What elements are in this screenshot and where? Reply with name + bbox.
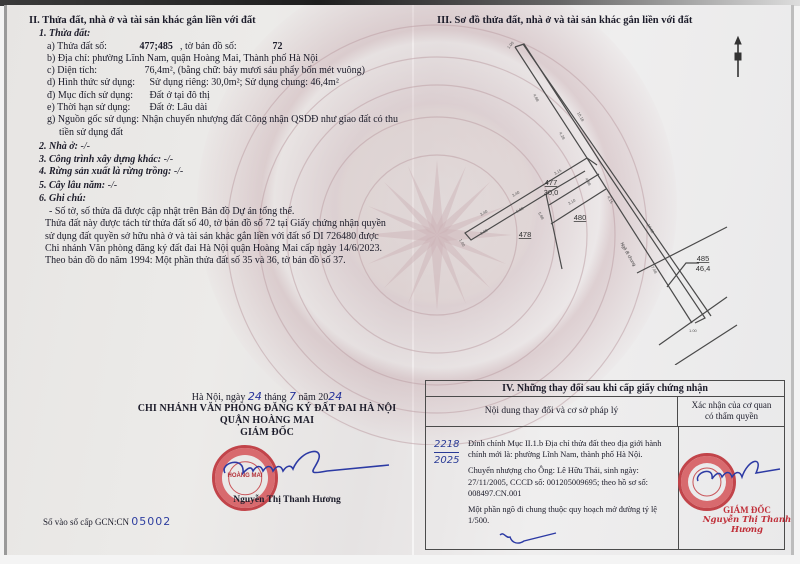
map-sheet-value: 72 xyxy=(273,41,283,53)
forest-row: 4. Rừng sản xuất là rừng trồng: -/- xyxy=(29,166,409,179)
section-2-heading: II. Thửa đất, nhà ở và tài sản khác gắn … xyxy=(29,15,409,26)
col-confirm-header: Xác nhận của cơ quan có thẩm quyền xyxy=(678,397,785,426)
issue-date: Hà Nội, ngày 24 tháng 7 năm 2024 xyxy=(117,390,417,403)
other-construction-row: 3. Công trình xây dựng khác: -/- xyxy=(29,154,409,167)
parcel-477-id: 477 xyxy=(545,178,558,187)
entry-paragraph: Một phần ngõ đi chung thuộc quy hoạch mở… xyxy=(468,504,676,526)
land-heading: 1. Thửa đất: xyxy=(29,28,409,41)
parcel-480-id: 480 xyxy=(574,213,587,222)
parcel-478-id: 478 xyxy=(519,230,532,239)
dim-label: 3.15 xyxy=(553,167,563,176)
house-row: 2. Nhà ở: -/- xyxy=(29,141,409,154)
perennial-label: 5. Cây lâu năm: xyxy=(39,180,105,191)
col-confirm-line1: Xác nhận của cơ quan xyxy=(678,400,785,411)
changes-table: IV. Những thay đổi sau khi cấp giấy chứn… xyxy=(425,380,785,550)
registry-number: Số vào sổ cấp GCN:CN 05002 xyxy=(43,515,171,528)
date-month: 7 xyxy=(289,390,296,403)
entry-content: Đính chính Mục II.1.b Địa chỉ thửa đất t… xyxy=(468,438,676,531)
registry-label: Số vào sổ cấp GCN:CN xyxy=(43,517,129,527)
house-value: -/- xyxy=(80,141,89,152)
dim-label: 7.48 xyxy=(650,265,659,275)
dim-label: 3.40 xyxy=(511,189,521,198)
perennial-value: -/- xyxy=(108,180,117,191)
origin-label: g) Nguồn gốc sử dụng: xyxy=(47,114,139,126)
dim-label: 3.40 xyxy=(479,208,489,217)
signature-scribble-icon xyxy=(217,445,397,495)
address-value: phường Lĩnh Nam, quận Hoàng Mai, Thành p… xyxy=(92,53,318,65)
dim-label: 1.00 xyxy=(506,40,515,50)
usage-form-label: d) Hình thức sử dụng: xyxy=(47,77,147,89)
dim-label: 4.88 xyxy=(532,93,541,103)
date-month-label: tháng xyxy=(264,392,286,403)
origin-row: g) Nguồn gốc sử dụng: Nhận chuyển nhượng… xyxy=(29,114,409,126)
usage-form-value: Sử dụng riêng: 30,0m²; Sử dụng chung: 46… xyxy=(150,77,339,89)
col-content-header: Nội dung thay đổi và cơ sở pháp lý xyxy=(426,397,678,426)
date-prefix: Hà Nội, ngày xyxy=(192,392,246,403)
address-row: b) Địa chỉ: phường Lĩnh Nam, quận Hoàng … xyxy=(29,53,409,65)
parcel-485-id: 485 xyxy=(697,254,710,263)
term-value: Đất ở: Lâu dài xyxy=(150,102,208,114)
changes-table-header: Nội dung thay đổi và cơ sở pháp lý Xác n… xyxy=(426,397,784,427)
parcel-number-label: a) Thửa đất số: xyxy=(47,41,137,53)
term-label: e) Thời hạn sử dụng: xyxy=(47,102,147,114)
confirm-name: Nguyễn Thị Thanh Hương xyxy=(702,515,792,535)
purpose-row: đ) Mục đích sử dụng: Đất ở tại đô thị xyxy=(29,90,409,102)
usage-form-row: d) Hình thức sử dụng: Sử dụng riêng: 30,… xyxy=(29,77,409,89)
forest-label: 4. Rừng sản xuất là rừng trồng: xyxy=(39,166,171,177)
area-row: c) Diện tích: 76,4m², (bằng chữ: bảy mươ… xyxy=(29,65,409,77)
note-line: - Số tờ, số thửa đã được cập nhật trên B… xyxy=(45,206,389,218)
parcel-number-row: a) Thửa đất số: 477;485 , tờ bản đồ số: … xyxy=(29,41,409,53)
note-line: Theo bản đồ đo năm 1994: Một phần thửa đ… xyxy=(45,255,389,267)
date-year-label: năm 20 xyxy=(299,392,329,403)
map-sheet-label: , tờ bản đồ số: xyxy=(180,41,270,53)
dim-label: 5.88 xyxy=(537,211,546,221)
parcel-number-value: 477;485 xyxy=(140,41,178,53)
confirm-signer: GIÁM ĐỐC Nguyễn Thị Thanh Hương xyxy=(702,505,792,535)
entry-number: 2218 2025 xyxy=(434,439,459,466)
entry-year-value: 2025 xyxy=(434,452,459,466)
dim-label: 4.28 xyxy=(558,131,567,141)
dim-label: 3.10 xyxy=(567,197,577,206)
entry-number-value: 2218 xyxy=(434,439,459,450)
date-day: 24 xyxy=(248,390,262,403)
issuer-org-line1: CHI NHÁNH VĂN PHÒNG ĐĂNG KÝ ĐẤT ĐAI HÀ N… xyxy=(117,403,417,415)
registry-value: 05002 xyxy=(131,515,171,528)
issuer-role: GIÁM ĐỐC xyxy=(117,427,417,439)
notes-label: 6. Ghi chú: xyxy=(29,193,409,206)
section-land-info: II. Thửa đất, nhà ở và tài sản khác gắn … xyxy=(29,15,409,267)
address-label: b) Địa chỉ: xyxy=(47,53,90,65)
dim-label: 1.00 xyxy=(689,328,698,333)
area-label: c) Diện tích: xyxy=(47,65,142,77)
issuer-signature-block: Hà Nội, ngày 24 tháng 7 năm 2024 CHI NHÁ… xyxy=(117,390,417,439)
term-row: e) Thời hạn sử dụng: Đất ở: Lâu dài xyxy=(29,102,409,114)
date-year: 24 xyxy=(328,390,342,403)
site-plan-map: 1.00 4.88 4.28 10.18 3.15 3.40 3.40 1.00… xyxy=(437,35,794,365)
house-label: 2. Nhà ở: xyxy=(39,141,78,152)
parcel-477-area: 30,0 xyxy=(544,188,559,197)
dim-label: 4.15 xyxy=(606,195,615,205)
origin-row-cont: tiền sử dụng đất xyxy=(29,127,409,139)
purpose-label: đ) Mục đích sử dụng: xyxy=(47,90,147,102)
issuer-org-line2: QUẬN HOÀNG MAI xyxy=(117,415,417,427)
perennial-row: 5. Cây lâu năm: -/- xyxy=(29,180,409,193)
section-4-heading: IV. Những thay đổi sau khi cấp giấy chứn… xyxy=(426,381,784,397)
area-value: 76,4m², (bằng chữ: bảy mươi sáu phẩy bốn… xyxy=(145,65,365,77)
note-line: Thửa đất này được tách từ thửa đất số 40… xyxy=(45,218,389,230)
entry-paragraph: Chuyển nhượng cho Ông: Lê Hữu Thái, sinh… xyxy=(468,465,676,499)
dim-label: 3.88 xyxy=(479,227,489,236)
note-line: sử dụng đất quyền sở hữu nhà ở và tài sả… xyxy=(45,231,389,243)
col-confirm-line2: có thẩm quyền xyxy=(678,411,785,422)
purpose-value: Đất ở tại đô thị xyxy=(150,90,210,102)
road-label: Ngõ đi chung xyxy=(620,242,638,268)
note-line: Chi nhánh Văn phòng đăng ký đất đai Hà N… xyxy=(45,243,389,255)
dim-label: 10.18 xyxy=(576,111,586,123)
section-3-heading: III. Sơ đồ thửa đất, nhà ở và tài sản kh… xyxy=(437,15,794,26)
dim-label: 5.88 xyxy=(515,205,525,214)
other-construction-value: -/- xyxy=(164,154,173,165)
notes-block: - Số tờ, số thửa đã được cập nhật trên B… xyxy=(29,206,389,267)
dim-label: 1.00 xyxy=(458,238,467,248)
confirm-signature-icon xyxy=(694,451,784,496)
north-arrow-icon xyxy=(735,37,741,77)
section-site-plan: III. Sơ đồ thửa đất, nhà ở và tài sản kh… xyxy=(437,15,794,26)
issuer-signer-name: Nguyễn Thị Thanh Hương xyxy=(187,495,387,505)
confirm-role: GIÁM ĐỐC xyxy=(702,505,792,515)
initials-scribble-icon xyxy=(496,529,576,549)
land-certificate-page: II. Thửa đất, nhà ở và tài sản khác gắn … xyxy=(4,5,794,555)
entry-paragraph: Đính chính Mục II.1.b Địa chỉ thửa đất t… xyxy=(468,438,676,460)
other-construction-label: 3. Công trình xây dựng khác: xyxy=(39,154,161,165)
parcel-485-area: 46,4 xyxy=(696,264,711,273)
origin-value: Nhận chuyển nhượng đất Công nhận QSDĐ nh… xyxy=(142,114,398,126)
forest-value: -/- xyxy=(174,166,183,177)
